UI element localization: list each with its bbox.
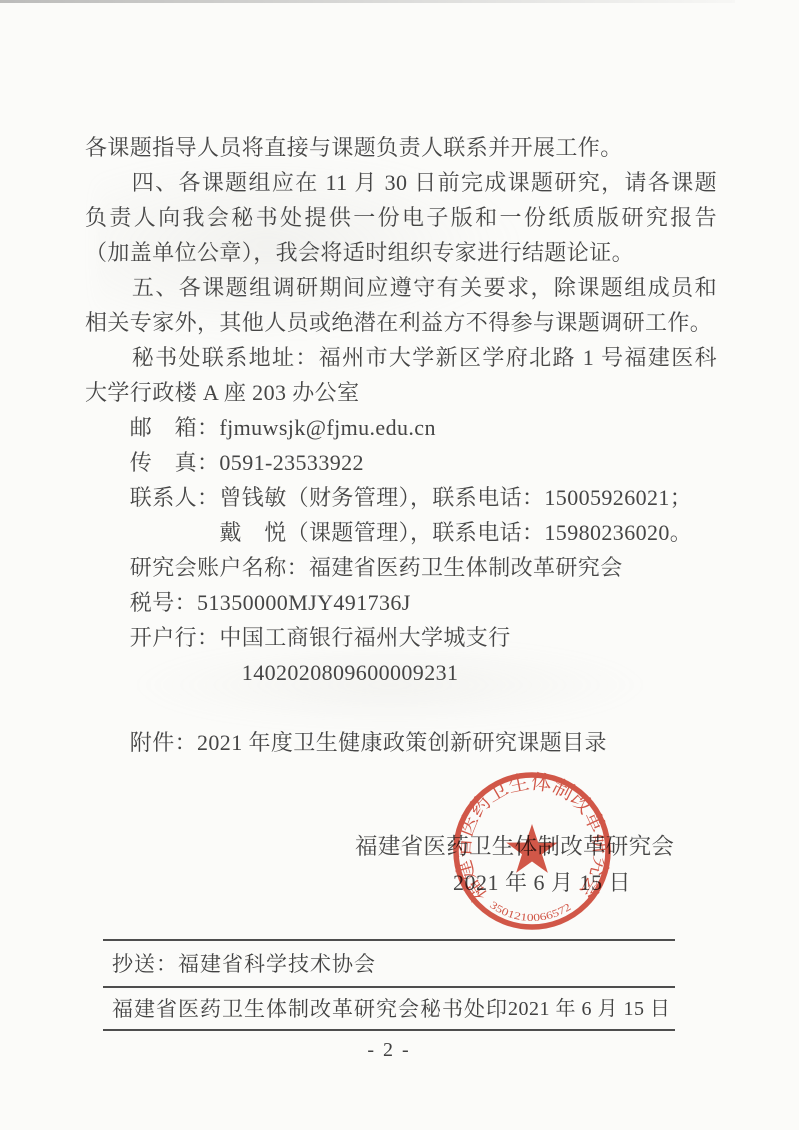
seal-star-icon [506, 824, 557, 873]
body-line-contact-1: 联系人：曾钱敏（财务管理），联系电话：15005926021； [85, 480, 717, 515]
body-line: 相关专家外，其他人员或绝潜在利益方不得参与课题调研工作。 [85, 305, 717, 340]
document-body: 各课题指导人员将直接与课题负责人联系并开展工作。 四、各课题组应在 11 月 3… [85, 130, 717, 760]
page-number: - 2 - [103, 1039, 675, 1062]
scan-edge-artifact [0, 0, 735, 3]
scanned-document-page: 各课题指导人员将直接与课题负责人联系并开展工作。 四、各课题组应在 11 月 3… [0, 0, 799, 1130]
official-seal: 福建省医药卫生体制改革研究会 3501210066572 [446, 764, 618, 940]
footer-divider-top [103, 939, 675, 941]
body-line: 各课题指导人员将直接与课题负责人联系并开展工作。 [85, 130, 717, 165]
body-line-bank: 开户行：中国工商银行福州大学城支行 [85, 620, 717, 655]
body-line-account-name: 研究会账户名称：福建省医药卫生体制改革研究会 [85, 550, 717, 585]
footer-divider-bottom [103, 1029, 675, 1031]
body-line-account-number: 1402020809600009231 [85, 655, 717, 690]
body-line: （加盖单位公章），我会将适时组织专家进行结题论证。 [85, 235, 717, 270]
body-line: 四、各课题组应在 11 月 30 日前完成课题研究，请各课题 [85, 165, 717, 200]
footer-divider-middle [103, 986, 675, 988]
attachment-line: 附件：2021 年度卫生健康政策创新研究课题目录 [85, 725, 717, 760]
body-line: 负责人向我会秘书处提供一份电子版和一份纸质版研究报告 [85, 200, 717, 235]
body-line: 五、各课题组调研期间应遵守有关要求，除课题组成员和 [85, 270, 717, 305]
body-line: 大学行政楼 A 座 203 办公室 [85, 375, 717, 410]
body-line-email: 邮 箱：fjmuwsjk@fjmu.edu.cn [85, 410, 717, 445]
body-line-fax: 传 真：0591-23533922 [85, 445, 717, 480]
footer-cc-line: 抄送：福建省科学技术协会 [112, 949, 376, 979]
body-line-contact-2: 戴 悦（课题管理），联系电话：15980236020。 [85, 515, 717, 550]
body-line-tax-id: 税号：51350000MJY491736J [85, 585, 717, 620]
footer-print-date: 2021 年 6 月 15 日 [508, 995, 671, 1023]
body-line: 秘书处联系地址：福州市大学新区学府北路 1 号福建医科 [85, 340, 717, 375]
footer-issuer-label: 福建省医药卫生体制改革研究会秘书处印 [112, 995, 508, 1023]
footer-issuer-row: 福建省医药卫生体制改革研究会秘书处印 2021 年 6 月 15 日 [112, 995, 667, 1023]
